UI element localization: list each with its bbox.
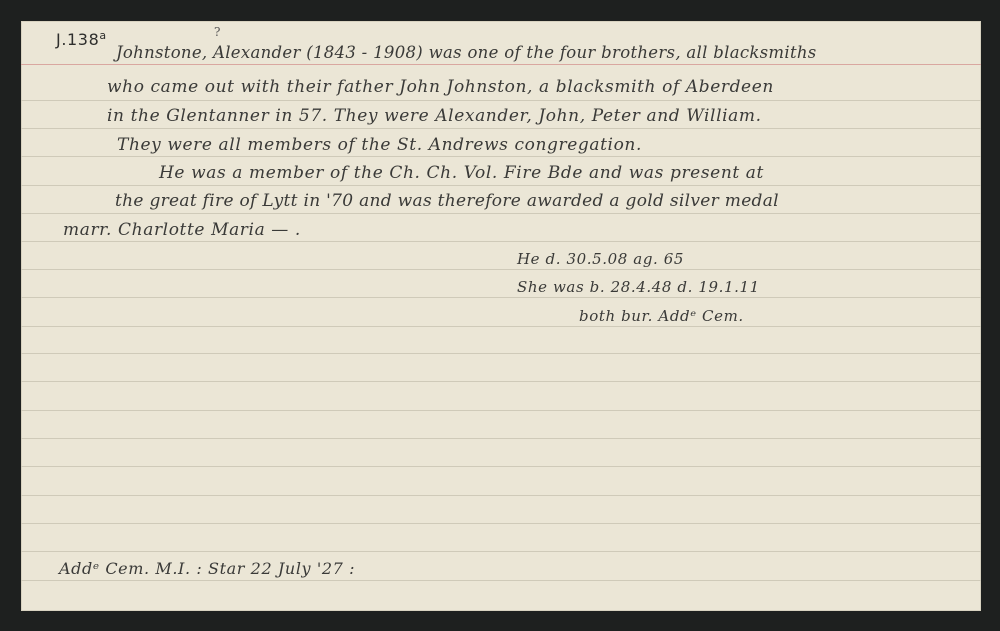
ruled-line xyxy=(21,438,981,439)
ruled-line xyxy=(21,353,981,354)
ruled-line xyxy=(21,523,981,524)
ruled-line xyxy=(21,495,981,496)
header-rule-red xyxy=(21,64,981,65)
entry-line-2: who came out with their father John John… xyxy=(107,79,774,96)
card-reference: J.138a xyxy=(56,30,107,48)
note-burial: both bur. Addᵉ Cem. xyxy=(579,309,744,324)
query-mark: ? xyxy=(214,26,221,38)
note-death: He d. 30.5.08 ag. 65 xyxy=(517,252,684,267)
entry-line-6: the great fire of Lytt in '70 and was th… xyxy=(115,193,779,210)
ruled-line xyxy=(21,128,981,129)
ruled-line xyxy=(21,466,981,467)
ruled-line xyxy=(21,269,981,270)
ruled-line xyxy=(21,381,981,382)
entry-line-7: marr. Charlotte Maria — . xyxy=(63,222,301,239)
ruled-line xyxy=(21,326,981,327)
ruled-line xyxy=(21,213,981,214)
entry-line-5: He was a member of the Ch. Ch. Vol. Fire… xyxy=(159,165,764,182)
entry-line-3: in the Glentanner in 57. They were Alexa… xyxy=(107,108,762,125)
ruled-line xyxy=(21,241,981,242)
note-wife-dates: She was b. 28.4.48 d. 19.1.11 xyxy=(517,280,760,295)
reference-number: J.138 xyxy=(56,30,99,49)
entry-line-1: Johnstone, Alexander (1843 - 1908) was o… xyxy=(116,45,817,62)
ruled-line xyxy=(21,185,981,186)
reference-suffix: a xyxy=(99,29,106,42)
footer-source: Addᵉ Cem. M.I. : Star 22 July '27 : xyxy=(59,561,355,577)
ruled-line xyxy=(21,297,981,298)
ruled-line xyxy=(21,410,981,411)
ruled-line xyxy=(21,551,981,552)
index-card: J.138a ? Johnstone, Alexander (1843 - 19… xyxy=(21,21,981,611)
ruled-line xyxy=(21,156,981,157)
entry-line-4: They were all members of the St. Andrews… xyxy=(117,137,642,154)
ruled-line xyxy=(21,100,981,101)
ruled-line xyxy=(21,580,981,581)
scan-background: J.138a ? Johnstone, Alexander (1843 - 19… xyxy=(0,0,1000,631)
